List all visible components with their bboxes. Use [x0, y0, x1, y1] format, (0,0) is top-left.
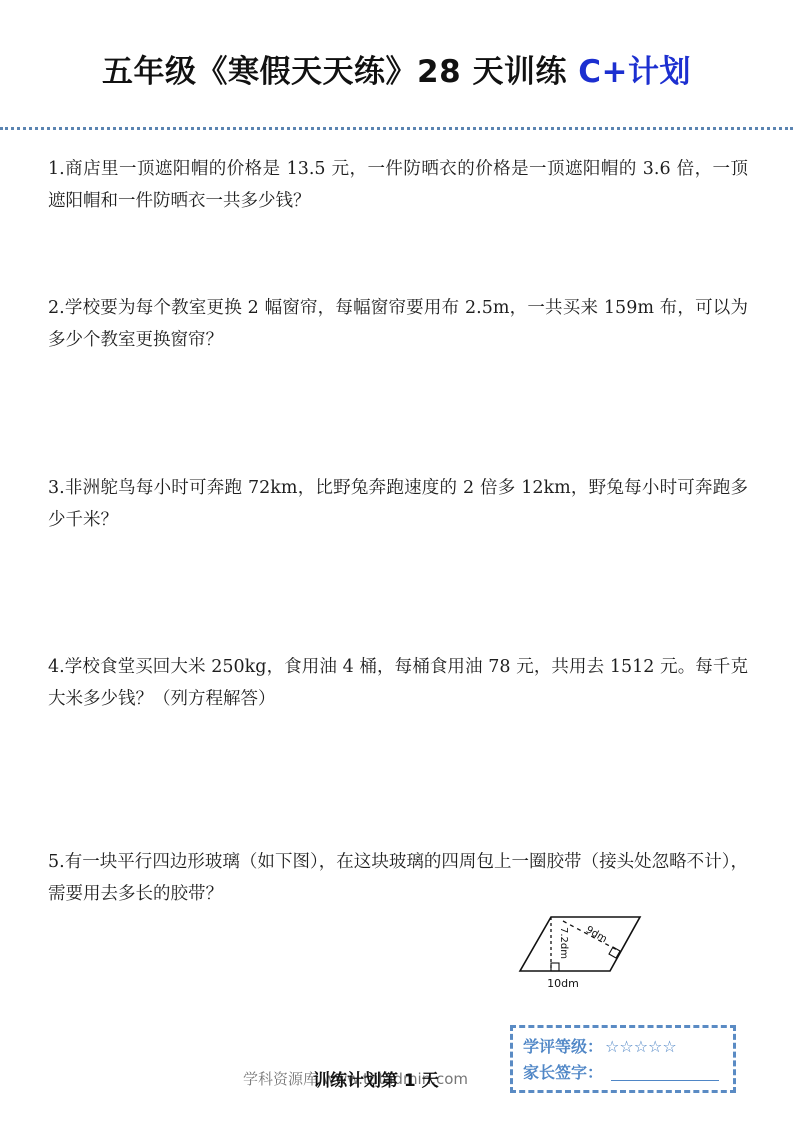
base-label: 10dm	[547, 977, 579, 990]
signature-field[interactable]	[611, 1066, 719, 1081]
question-5: 5.有一块平行四边形玻璃（如下图），在这块玻璃的四周包上一圈胶带（接头处忽略不计…	[48, 846, 748, 910]
question-2: 2.学校要为每个教室更换 2 幅窗帘，每幅窗帘要用布 2.5m，一共买来 159…	[48, 292, 748, 356]
question-4: 4.学校食堂买回大米 250kg，食用油 4 桶，每桶食用油 78 元，共用去 …	[48, 651, 748, 715]
signature-row: 家长签字：	[523, 1060, 733, 1086]
height-label: 7.2dm	[558, 927, 569, 959]
footer-day-title: 训练计划第 1 天	[313, 1066, 439, 1091]
dotted-divider	[0, 127, 793, 130]
grade-label: 学评等级：	[523, 1034, 603, 1060]
question-1: 1.商店里一顶遮阳帽的价格是 13.5 元，一件防晒衣的价格是一顶遮阳帽的 3.…	[48, 153, 748, 217]
grade-row: 学评等级： ☆☆☆☆☆	[523, 1034, 733, 1060]
page-title: 五年级《寒假天天练》28 天训练 C+计划	[0, 46, 793, 91]
side-height-label: 9dm	[584, 924, 609, 945]
rating-stars-icon[interactable]: ☆☆☆☆☆	[605, 1034, 677, 1060]
signature-label: 家长签字：	[523, 1060, 603, 1086]
title-main: 五年级《寒假天天练》28 天训练	[102, 54, 578, 90]
evaluation-box: 学评等级： ☆☆☆☆☆ 家长签字：	[510, 1025, 736, 1093]
question-3: 3.非洲鸵鸟每小时可奔跑 72km，比野兔奔跑速度的 2 倍多 12km，野兔每…	[48, 472, 748, 536]
parallelogram-figure: 7.2dm 9dm 10dm	[505, 905, 655, 995]
title-accent: C+计划	[578, 54, 691, 90]
